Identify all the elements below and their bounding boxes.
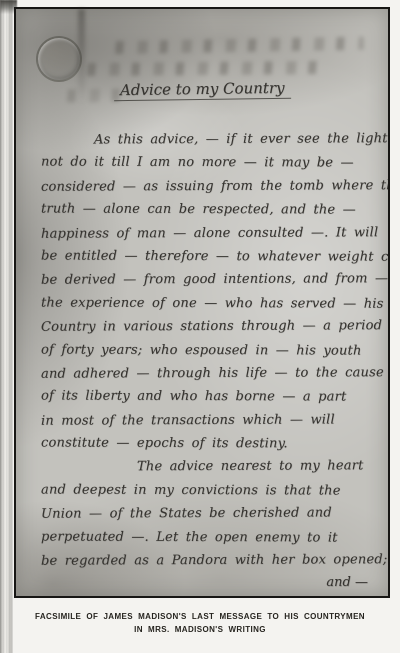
caption-line-1: FACSIMILE OF JAMES MADISON'S LAST MESSAG…	[0, 610, 400, 623]
manuscript-line: be entitled — therefore — to whatever we…	[16, 244, 388, 269]
book-page-edge	[0, 0, 13, 653]
manuscript-body: As this advice, — if it ever see the lig…	[16, 128, 388, 572]
manuscript-line: of forty years; who espoused in — his yo…	[16, 338, 388, 363]
bleed-through-writing	[76, 61, 328, 76]
manuscript-line: happiness of man — alone consulted —. It…	[16, 221, 388, 246]
manuscript-line: Union — of the States be cherished and	[16, 501, 388, 526]
plate-caption: FACSIMILE OF JAMES MADISON'S LAST MESSAG…	[0, 610, 400, 636]
manuscript-line: the experience of one — who has served —…	[16, 291, 388, 316]
manuscript-title: Advice to my Country	[114, 79, 291, 101]
manuscript-line: Country in various stations through — a …	[16, 314, 388, 339]
manuscript-line: be derived — from good intentions, and f…	[16, 268, 388, 293]
manuscript-line: The advice nearest to my heart	[16, 455, 388, 480]
manuscript-line: constitute — epochs of its destiny.	[16, 431, 388, 456]
manuscript-line: truth — alone can be respected, and the …	[16, 198, 388, 223]
manuscript-line: As this advice, — if it ever see the lig…	[16, 127, 388, 152]
manuscript-line: considered — as issuing from the tomb wh…	[16, 174, 388, 199]
caption-line-2: IN MRS. MADISON'S WRITING	[0, 623, 400, 636]
manuscript-line: perpetuated —. Let the open enemy to it	[16, 525, 388, 550]
manuscript-line: of its liberty and who has borne — a par…	[16, 385, 388, 410]
bleed-through-writing	[104, 37, 364, 55]
catchword: and —	[326, 575, 368, 590]
facsimile-photo-plate: Advice to my Country As this advice, — i…	[14, 7, 390, 598]
manuscript-line: and adhered — through his life — to the …	[16, 361, 388, 386]
manuscript-title-row: Advice to my Country	[16, 80, 388, 100]
manuscript-line: and deepest in my convictions is that th…	[16, 478, 388, 503]
manuscript-line: not do it till I am no more — it may be …	[16, 151, 388, 176]
manuscript-line: be regarded as a Pandora with her box op…	[16, 548, 388, 573]
manuscript-line: in most of the transactions which — will	[16, 408, 388, 433]
